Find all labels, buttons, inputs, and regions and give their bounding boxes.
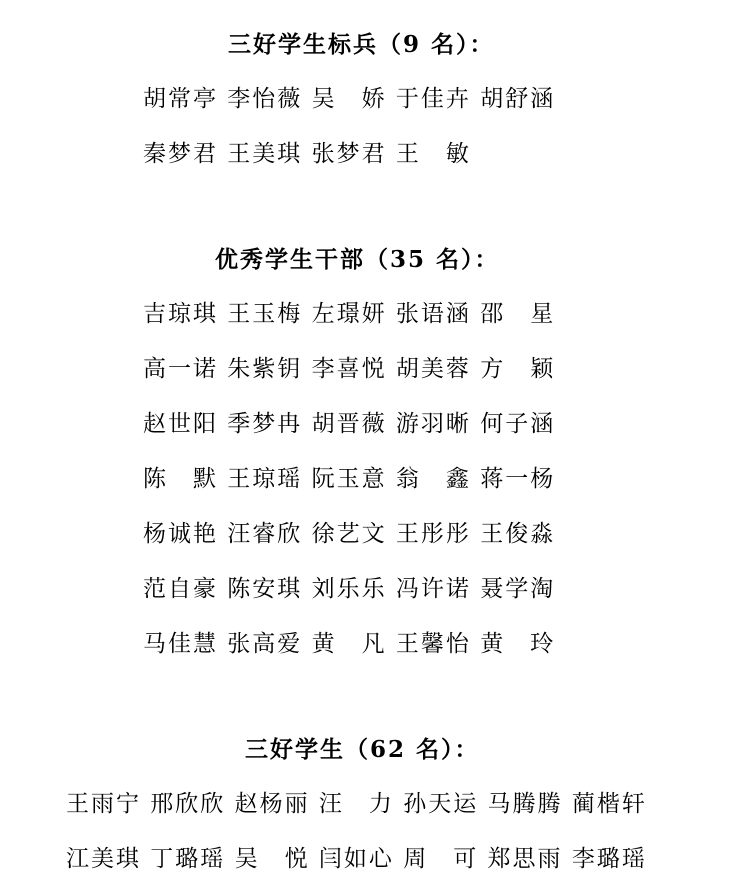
- section-title: 三好学生标兵（9 名）：: [228, 17, 744, 72]
- section-title: 优秀学生干部（35 名）：: [215, 232, 744, 287]
- name-row: 陈 默 王琼瑶 阮玉意 翁 鑫 蒋一杨: [143, 452, 744, 507]
- document-page: 三好学生标兵（9 名）： 胡常亭 李怡薇 吴 娇 于佳卉 胡舒涵 秦梦君 王美琪…: [0, 0, 744, 894]
- name-row: 马佳慧 张高爱 黄 凡 王馨怡 黄 玲: [143, 617, 744, 672]
- section-title: 三好学生（62 名）：: [245, 722, 744, 777]
- name-row: 范自豪 陈安琪 刘乐乐 冯许诺 聂学淘: [143, 562, 744, 617]
- name-row: 王雨宁 邢欣欣 赵杨丽 汪 力 孙天运 马腾腾 蔺楷轩: [66, 777, 744, 832]
- name-row: 高一诺 朱紫钥 李喜悦 胡美蓉 方 颖: [143, 342, 744, 397]
- name-row: 杨诚艳 汪睿欣 徐艺文 王彤彤 王俊淼: [143, 507, 744, 562]
- name-row: 吉琼琪 王玉梅 左璟妍 张语涵 邵 星: [143, 287, 744, 342]
- name-row: 秦梦君 王美琪 张梦君 王 敏: [143, 127, 744, 182]
- name-row: 江美琪 丁璐瑶 吴 悦 闫如心 周 可 郑思雨 李璐瑶: [66, 832, 744, 887]
- name-row: 胡常亭 李怡薇 吴 娇 于佳卉 胡舒涵: [143, 72, 744, 127]
- name-row: 赵世阳 季梦冉 胡晋薇 游羽晰 何子涵: [143, 397, 744, 452]
